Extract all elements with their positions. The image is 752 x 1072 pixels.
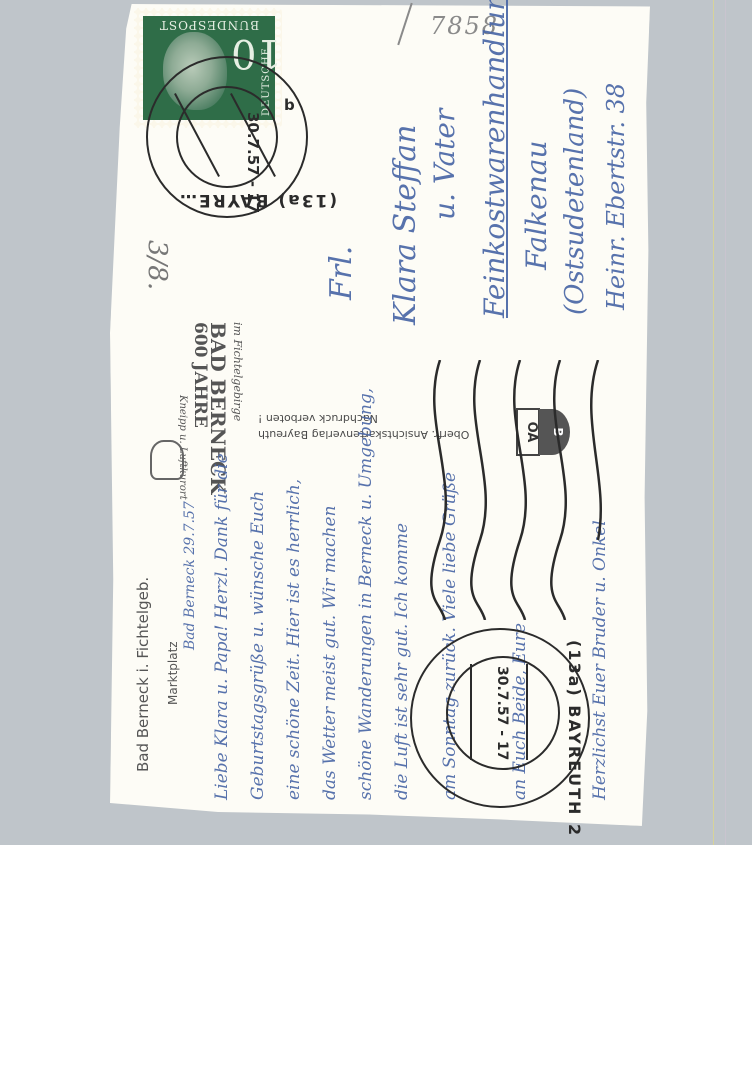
message-line: schöne Wanderungen in Berneck u. Umgebun… [356, 388, 376, 800]
location-title: Bad Berneck i. Fichtelgeb. [134, 577, 152, 772]
postmark-place: (13a) BAYRE… [178, 190, 337, 210]
postmark-inner-ring [176, 86, 278, 188]
address-name: Klara Steffan [388, 125, 423, 325]
address-street: Heinr. Ebertstr. 38 [602, 83, 630, 310]
message-line: Liebe Klara u. Papa! Herzl. Dank für die [212, 453, 232, 800]
postmark-bar [470, 664, 472, 760]
postmark-lower-date: 30.7.57 - 17 [494, 666, 510, 760]
scan-artifact-line [713, 0, 714, 845]
address-name2: u. Vater [428, 109, 461, 220]
message-line: Geburtstagsgrüße u. wünsche Euch [248, 491, 268, 800]
jubilee-line3: im Fichtelgebirge [231, 322, 244, 421]
location-subtitle: Marktplatz [166, 641, 180, 705]
address-street-note: Feinkostwarenhandlung [478, 0, 511, 318]
postmark-code: b [284, 96, 295, 114]
machine-cancel-waves [420, 360, 610, 620]
postmark-bar [526, 664, 528, 760]
address-salutation: Frl. [324, 246, 359, 300]
scan-artifact-line [725, 0, 726, 845]
message-line: das Wetter meist gut. Wir machen [320, 506, 340, 800]
message-line: eine schöne Zeit. Hier ist es herrlich, [284, 479, 304, 800]
postmark-lower-place: (13a) BAYREUTH 2 [565, 640, 584, 837]
address-region: (Ostsudetenland) [560, 88, 590, 315]
address-town: Falkenau [520, 141, 553, 270]
message-date: Bad Berneck 29.7.57 [182, 501, 198, 650]
pencil-note: 3/8. [142, 240, 172, 290]
message-line: die Luft ist sehr gut. Ich komme [392, 523, 412, 800]
crown-emblem-icon [150, 440, 184, 480]
